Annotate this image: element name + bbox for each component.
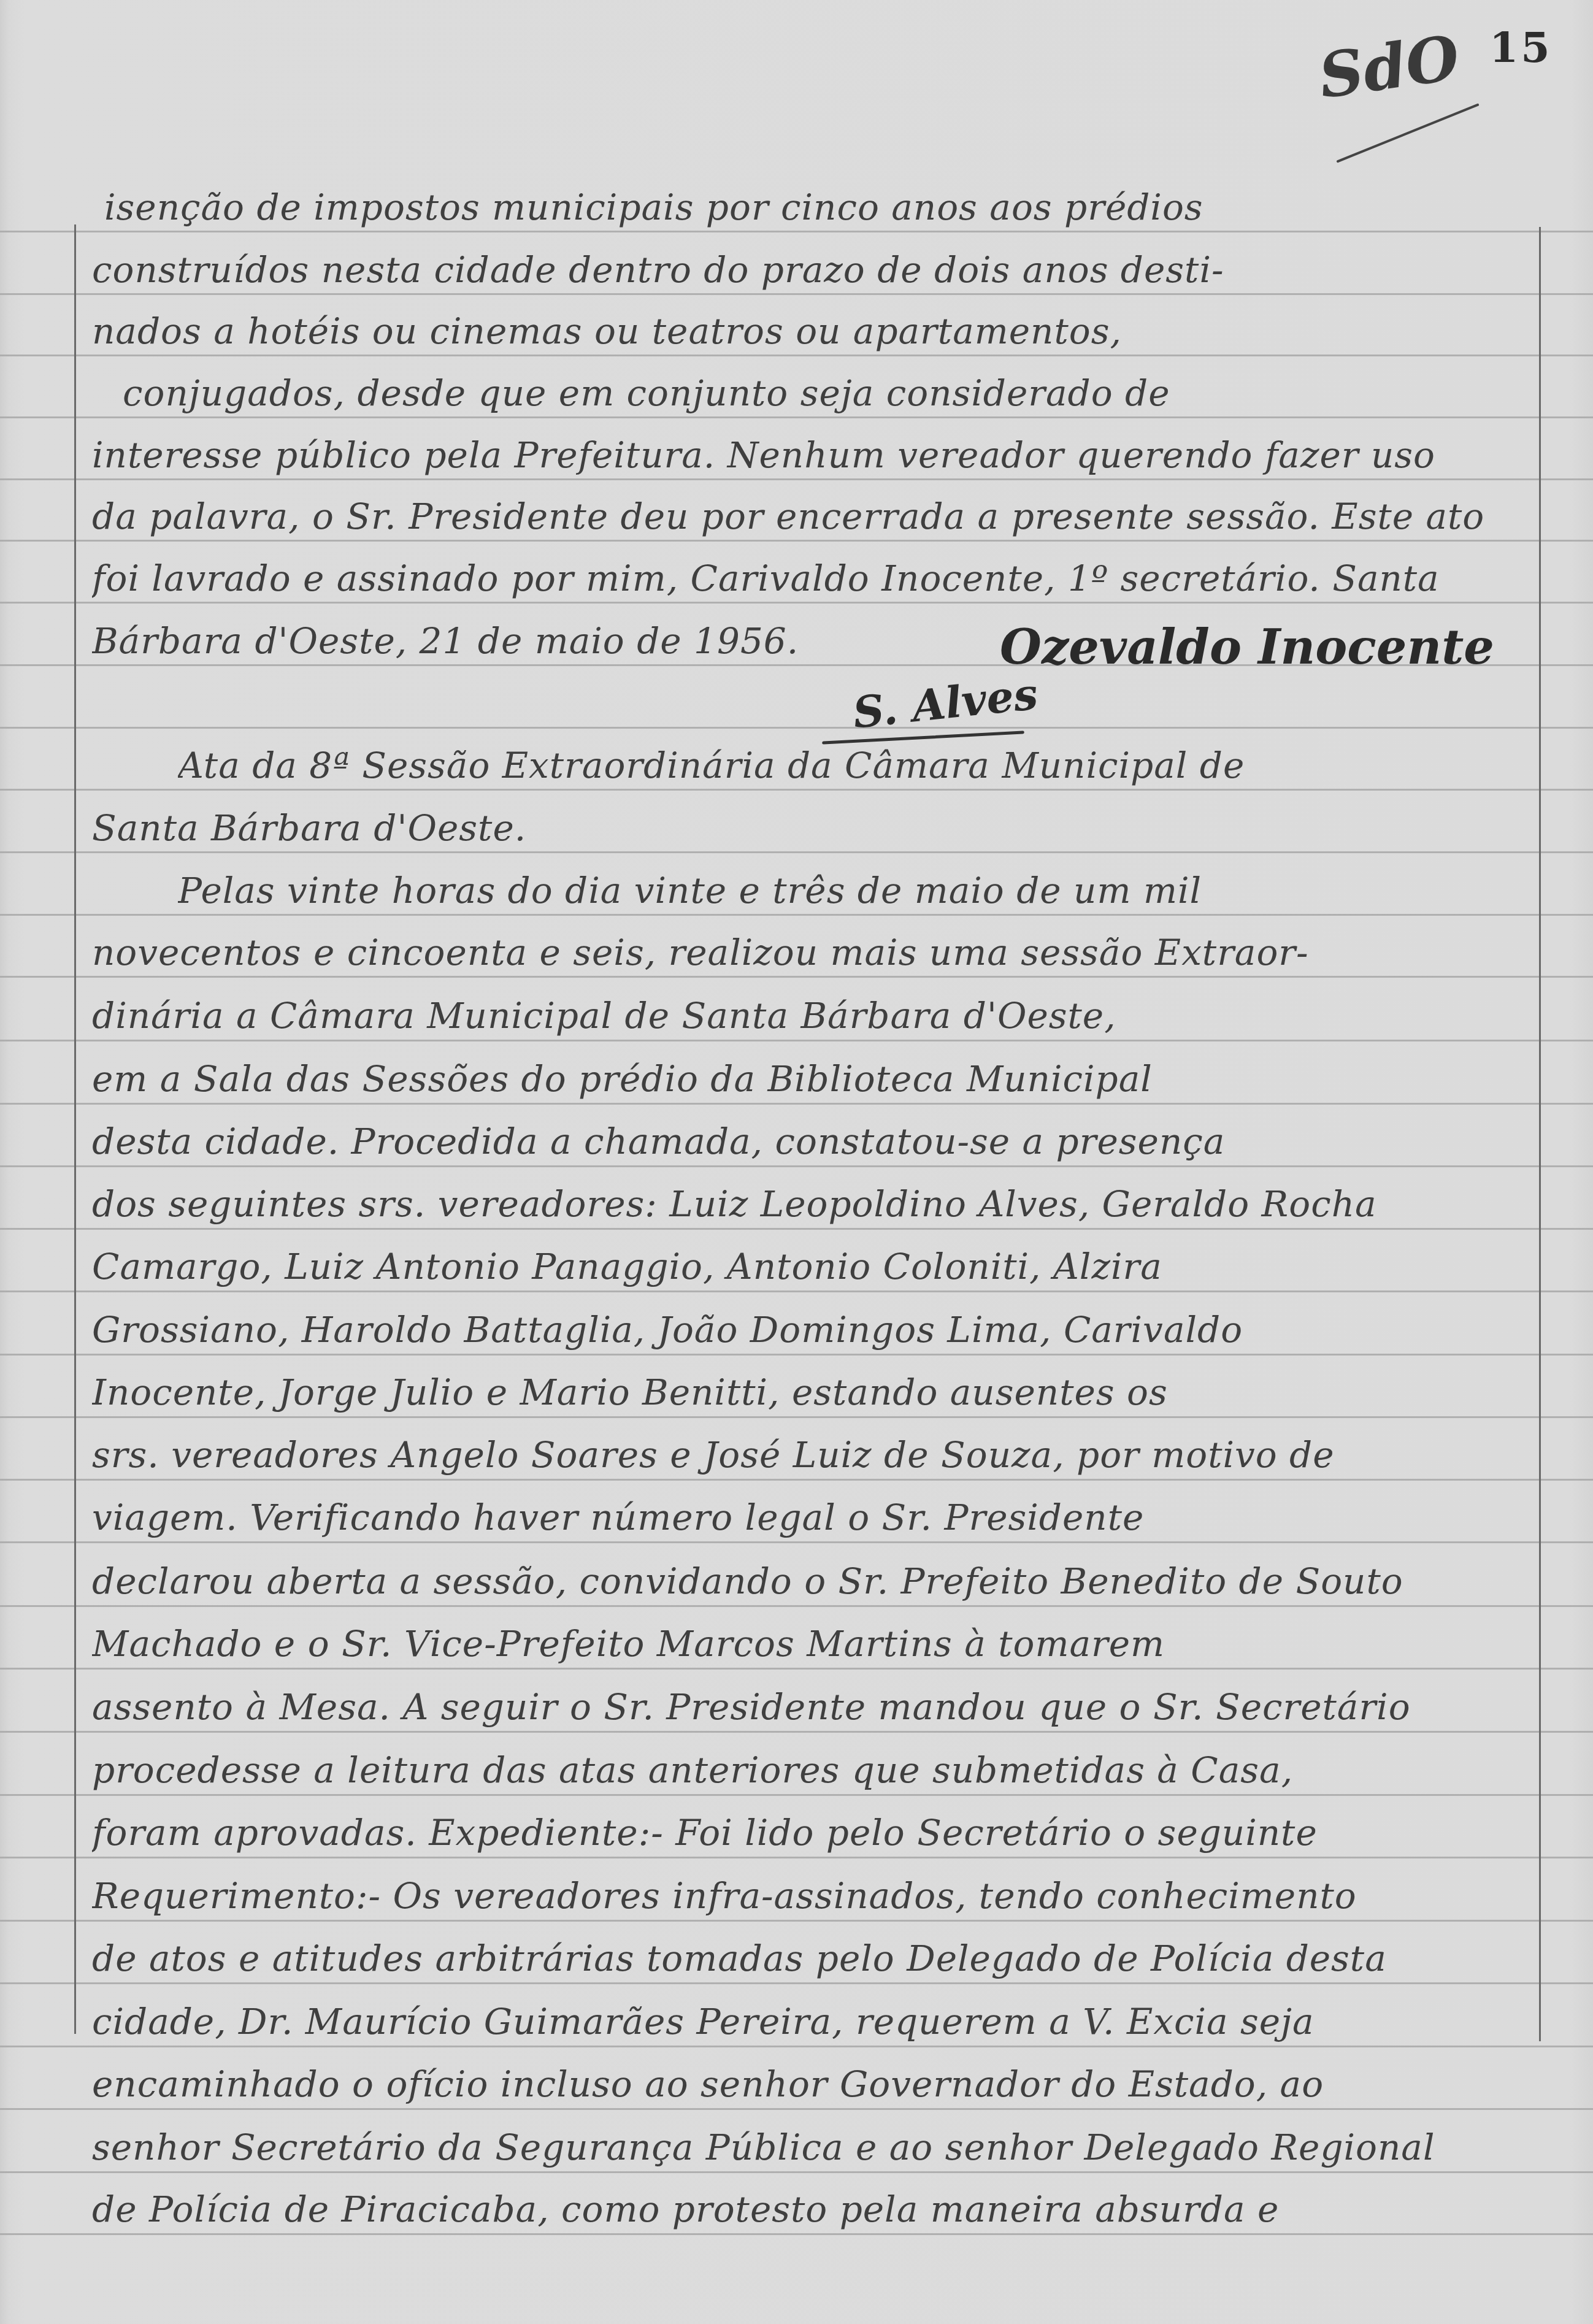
text-line: encaminhado o ofício incluso ao senhor G… xyxy=(92,2060,1534,2109)
text-line: isenção de impostos municipais por cinco… xyxy=(104,183,1546,232)
text-line: foram aprovadas. Expediente:- Foi lido p… xyxy=(92,1808,1534,1857)
text-line: foi lavrado e assinado por mim, Carivald… xyxy=(92,554,1534,603)
text-line: Machado e o Sr. Vice-Prefeito Marcos Mar… xyxy=(92,1619,1534,1668)
text-line: dos seguintes srs. vereadores: Luiz Leop… xyxy=(92,1179,1534,1229)
text-line: Inocente, Jorge Julio e Mario Benitti, e… xyxy=(92,1368,1534,1417)
ledger-page: SdO 15 isenção de impostos municipais po… xyxy=(0,0,1593,2324)
signature-inocente: Ozevaldo Inocente xyxy=(1000,619,1494,675)
top-rubric-signature: SdO xyxy=(1315,21,1464,113)
text-line: declarou aberta a sessão, convidando o S… xyxy=(92,1557,1534,1606)
text-line: senhor Secretário da Segurança Pública e… xyxy=(92,2123,1534,2172)
text-line: nados a hotéis ou cinemas ou teatros ou … xyxy=(92,307,1534,356)
text-line: interesse público pela Prefeitura. Nenhu… xyxy=(92,431,1534,480)
text-line: Requerimento:- Os vereadores infra-assin… xyxy=(92,1871,1534,1920)
right-margin-line xyxy=(1539,227,1541,2041)
text-line: em a Sala das Sessões do prédio da Bibli… xyxy=(92,1054,1534,1103)
text-line: viagem. Verificando haver número legal o… xyxy=(92,1493,1534,1542)
text-line: Camargo, Luiz Antonio Panaggio, Antonio … xyxy=(92,1242,1534,1291)
text-line: assento à Mesa. A seguir o Sr. President… xyxy=(92,1682,1534,1731)
page-number: 15 xyxy=(1489,23,1553,72)
minutes-title-line: Santa Bárbara d'Oeste. xyxy=(92,803,1534,853)
text-line: novecentos e cincoenta e seis, realizou … xyxy=(92,928,1534,977)
text-line: procedesse a leitura das atas anteriores… xyxy=(92,1746,1534,1795)
left-margin-line xyxy=(74,224,76,2034)
text-line: dinária a Câmara Municipal de Santa Bárb… xyxy=(92,991,1534,1040)
text-line: Bárbara d'Oeste, 21 de maio de 1956. xyxy=(92,616,939,665)
text-line: conjugados, desde que em conjunto seja c… xyxy=(123,369,1564,418)
text-line: cidade, Dr. Maurício Guimarães Pereira, … xyxy=(92,1997,1534,2046)
text-line: desta cidade. Procedida a chamada, const… xyxy=(92,1117,1534,1166)
text-line: Grossiano, Haroldo Battaglia, João Domin… xyxy=(92,1305,1534,1354)
rubric-flourish xyxy=(1336,103,1479,163)
text-line: construídos nesta cidade dentro do prazo… xyxy=(92,245,1534,294)
text-line: de Polícia de Piracicaba, como protesto … xyxy=(92,2185,1534,2234)
minutes-title-line: Ata da 8ª Sessão Extraordinária da Câmar… xyxy=(178,741,1534,790)
text-line: de atos e atitudes arbitrárias tomadas p… xyxy=(92,1934,1534,1983)
ruled-line xyxy=(0,727,1593,729)
text-line: da palavra, o Sr. Presidente deu por enc… xyxy=(92,492,1534,541)
text-line: srs. vereadores Angelo Soares e José Lui… xyxy=(92,1430,1534,1479)
text-line: Pelas vinte horas do dia vinte e três de… xyxy=(178,866,1534,915)
